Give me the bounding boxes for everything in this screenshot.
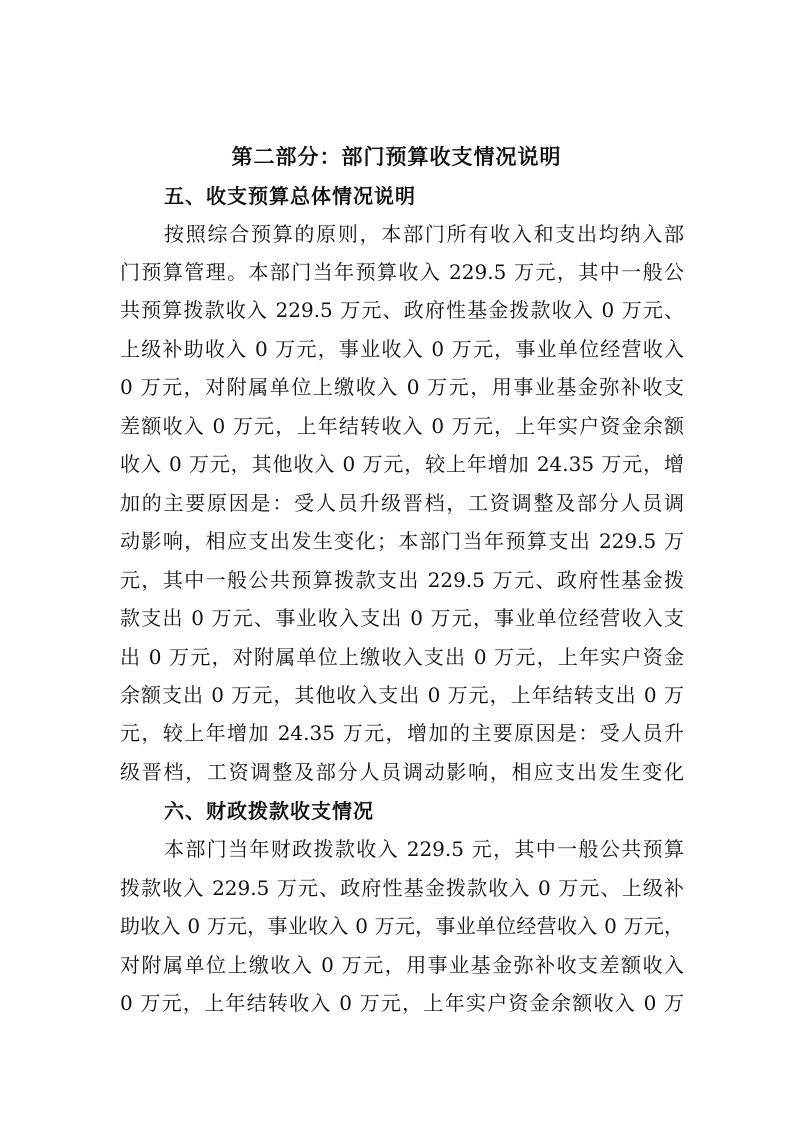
paragraph-line: 级晋档，工资调整及部分人员调动影响，相应支出发生变化 (120, 758, 684, 786)
paragraph-line: 收入 0 万元，其他收入 0 万元，较上年增加 24.35 万元，增 (120, 450, 684, 478)
paragraph-line: 对附属单位上缴收入 0 万元，用事业基金弥补收支差额收入 (120, 951, 684, 979)
paragraph-line: 0 万元，上年结转收入 0 万元，上年实户资金余额收入 0 万 (120, 989, 684, 1017)
section-heading-6: 六、财政拨款收支情况 (164, 797, 374, 825)
paragraph-line: 元，较上年增加 24.35 万元，增加的主要原因是：受人员升 (120, 719, 684, 747)
paragraph-line: 拨款收入 229.5 万元、政府性基金拨款收入 0 万元、上级补 (120, 874, 684, 902)
paragraph-line: 加的主要原因是：受人员升级晋档，工资调整及部分人员调 (120, 489, 684, 517)
paragraph-line: 本部门当年财政拨款收入 229.5 元，其中一般公共预算 (164, 835, 684, 863)
section-heading-5: 五、收支预算总体情况说明 (164, 182, 416, 210)
paragraph-line: 余额支出 0 万元，其他收入支出 0 万元，上年结转支出 0 万 (120, 681, 684, 709)
paragraph-line: 0 万元，对附属单位上缴收入 0 万元，用事业基金弥补收支 (120, 373, 684, 401)
paragraph-line: 助收入 0 万元，事业收入 0 万元，事业单位经营收入 0 万元， (120, 912, 684, 940)
paragraph-line: 按照综合预算的原则，本部门所有收入和支出均纳入部 (164, 220, 684, 248)
paragraph-line: 差额收入 0 万元，上年结转收入 0 万元，上年实户资金余额 (120, 412, 684, 440)
paragraph-line: 共预算拨款收入 229.5 万元、政府性基金拨款收入 0 万元、 (120, 296, 684, 324)
paragraph-line: 上级补助收入 0 万元，事业收入 0 万元，事业单位经营收入 (120, 335, 684, 363)
paragraph-line: 元，其中一般公共预算拨款支出 229.5 万元、政府性基金拨 (120, 566, 684, 594)
paragraph-line: 款支出 0 万元、事业收入支出 0 万元，事业单位经营收入支 (120, 604, 684, 632)
document-page: 第二部分：部门预算收支情况说明 五、收支预算总体情况说明 按照综合预算的原则，本… (0, 0, 793, 1122)
paragraph-line: 动影响，相应支出发生变化；本部门当年预算支出 229.5 万 (120, 527, 684, 555)
paragraph-line: 出 0 万元，对附属单位上缴收入支出 0 万元，上年实户资金 (120, 643, 684, 671)
paragraph-line: 门预算管理。本部门当年预算收入 229.5 万元，其中一般公 (120, 258, 684, 286)
page-title: 第二部分：部门预算收支情况说明 (0, 143, 793, 171)
